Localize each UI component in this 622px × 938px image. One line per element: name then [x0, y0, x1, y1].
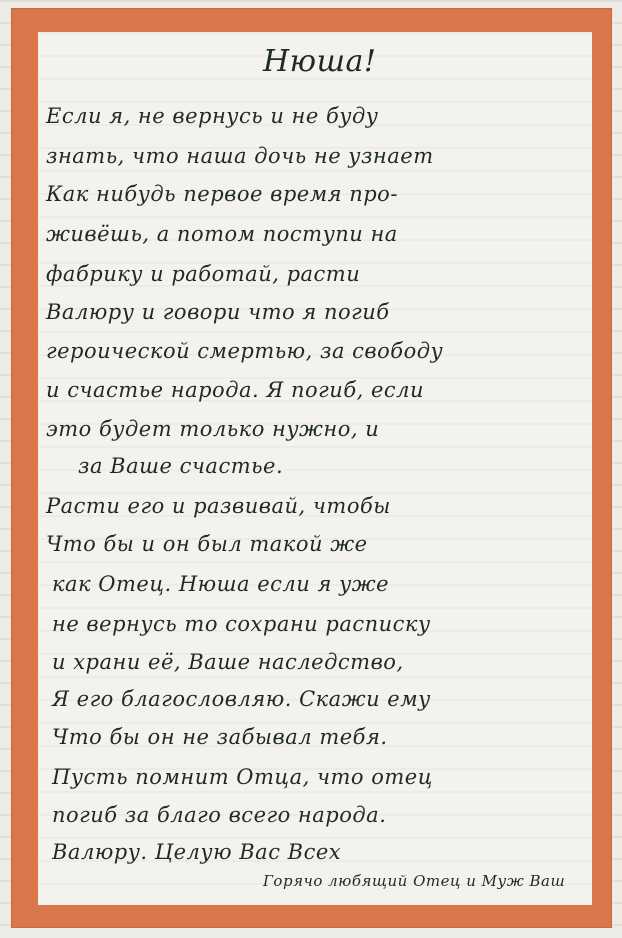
letter-line: героической смертью, за свободу: [46, 339, 443, 363]
letter-line: как Отец. Нюша если я уже: [52, 572, 389, 596]
letter-line: фабрику и работай, расти: [46, 262, 360, 286]
letter-closing: Валюру. Целую Вас Всех: [52, 840, 341, 864]
letter-line: Как нибудь первое время про-: [46, 182, 398, 206]
letter-line: погиб за благо всего народа.: [52, 803, 386, 827]
letter-line: и храни её, Ваше наследство,: [52, 650, 404, 674]
letter-line: Пусть помнит Отца, что отец: [52, 765, 433, 789]
letter-line: знать, что наша дочь не узнает: [46, 144, 434, 168]
letter-salutation: Нюша!: [263, 44, 376, 79]
letter-line: Расти его и развивай, чтобы: [46, 494, 391, 518]
letter-line: это будет только нужно, и: [46, 417, 379, 441]
letter-line: Валюру и говори что я погиб: [46, 300, 390, 324]
letter-line: Я его благословляю. Скажи ему: [52, 687, 431, 711]
letter-line: Что бы и он был такой же: [46, 532, 368, 556]
letter-line: не вернусь то сохрани расписку: [52, 612, 431, 636]
letter-line: и счастье народа. Я погиб, если: [46, 378, 424, 402]
letter-line: Если я, не вернусь и не буду: [46, 104, 378, 128]
letter-line: живёшь, а потом поступи на: [46, 222, 398, 246]
letter-line: за Ваше счастье.: [78, 454, 283, 478]
letter-line: Что бы он не забывал тебя.: [52, 725, 388, 749]
letter-paper: Нюша! Если я, не вернусь и не буду знать…: [38, 32, 592, 905]
letter-signature: Горячо любящий Отец и Муж Ваш: [263, 872, 565, 890]
